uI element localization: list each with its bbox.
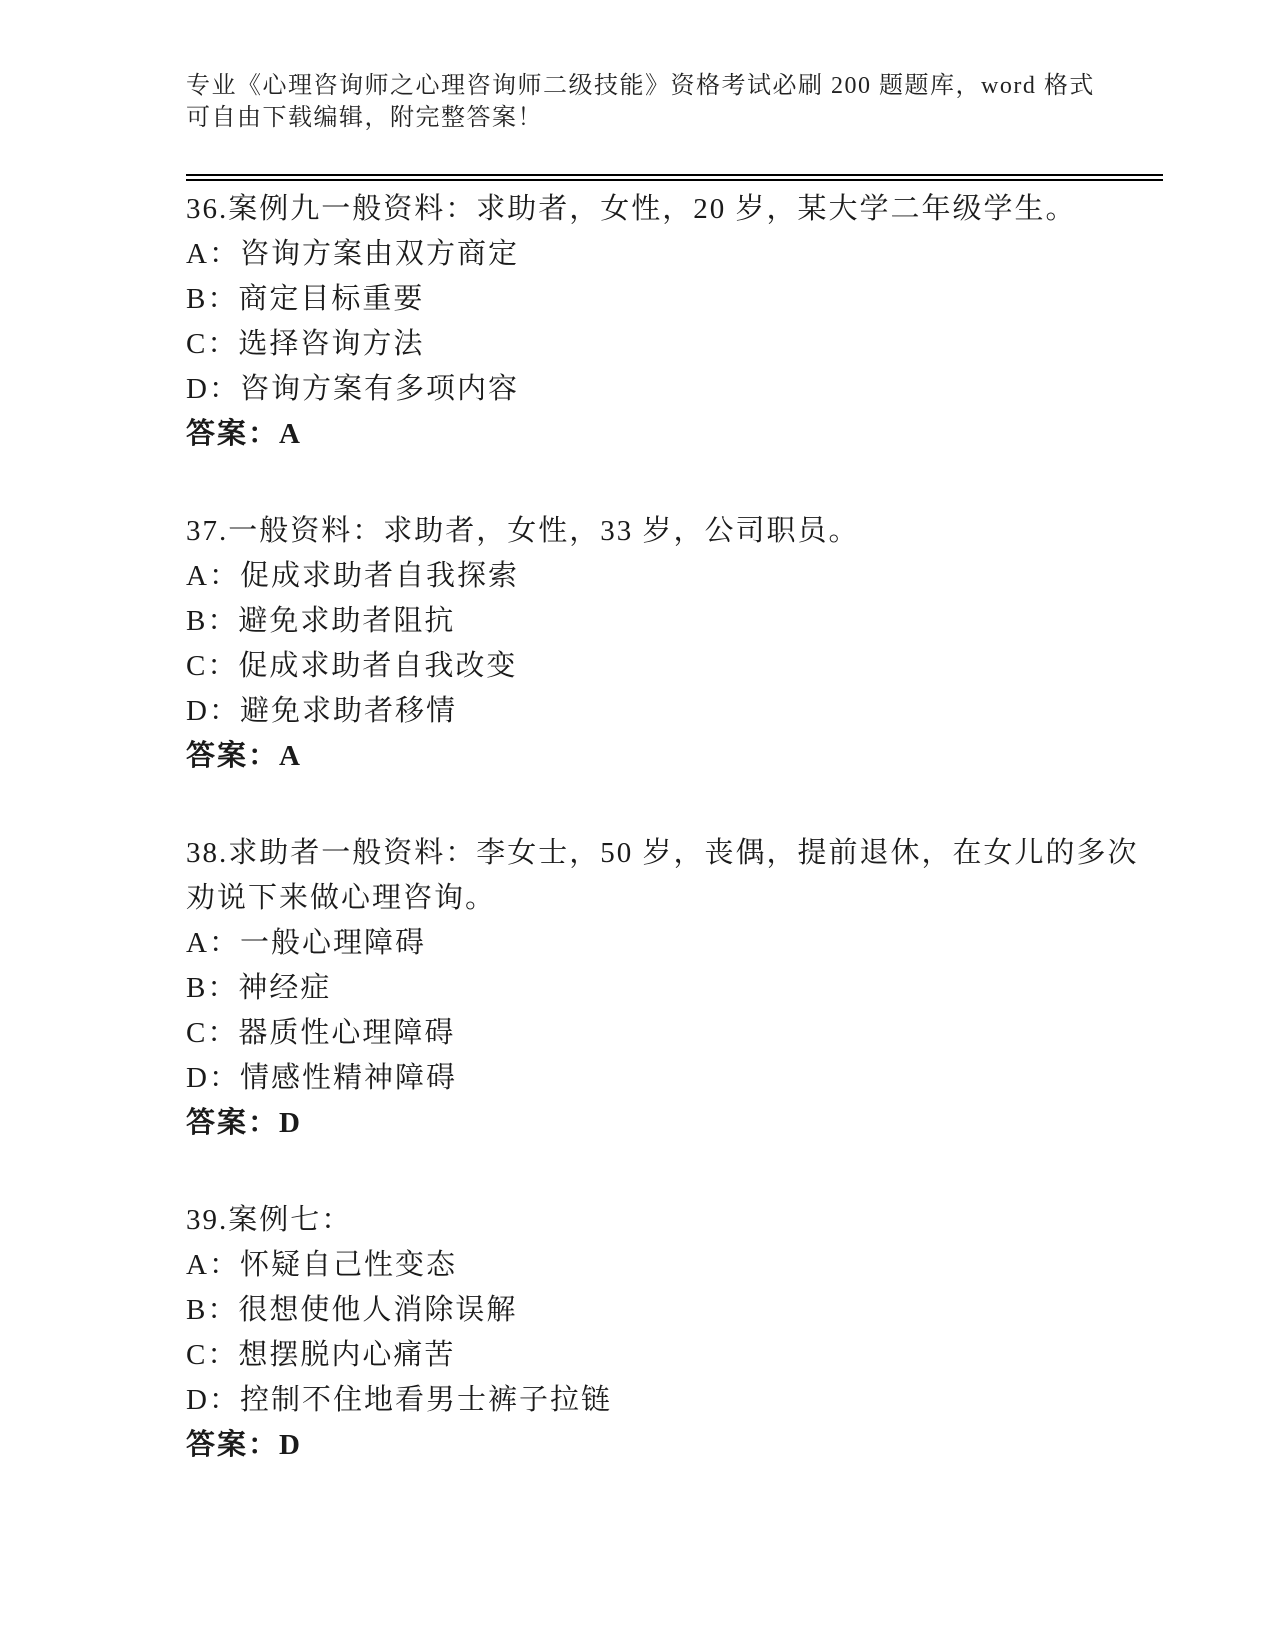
option-a: A：怀疑自己性变态 <box>186 1243 1163 1288</box>
page-header: 专业《心理咨询师之心理咨询师二级技能》资格考试必刷 200 题题库，word 格… <box>186 70 1163 134</box>
option-b: B：商定目标重要 <box>186 277 1163 322</box>
option-c: C：器质性心理障碍 <box>186 1011 1163 1056</box>
question-block-37: 37.一般资料：求助者，女性，33 岁，公司职员。 A：促成求助者自我探索 B：… <box>186 509 1163 779</box>
option-c: C：选择咨询方法 <box>186 322 1163 367</box>
header-line: 专业《心理咨询师之心理咨询师二级技能》资格考试必刷 200 题题库，word 格… <box>186 70 1163 102</box>
question-stem-line: 38.求助者一般资料：李女士，50 岁，丧偶，提前退休，在女儿的多次 <box>186 831 1163 876</box>
answer-value: D <box>279 1429 302 1461</box>
question-stem-line: 39.案例七： <box>186 1198 1163 1243</box>
question-block-39: 39.案例七： A：怀疑自己性变态 B：很想使他人消除误解 C：想摆脱内心痛苦 … <box>186 1198 1163 1468</box>
document-page: 专业《心理咨询师之心理咨询师二级技能》资格考试必刷 200 题题库，word 格… <box>0 0 1275 1650</box>
answer-label: 答案： <box>186 740 279 772</box>
option-b: B：避免求助者阻抗 <box>186 599 1163 644</box>
option-a: A：一般心理障碍 <box>186 921 1163 966</box>
answer-label: 答案： <box>186 1107 279 1139</box>
answer-value: A <box>279 740 302 772</box>
option-a: A：咨询方案由双方商定 <box>186 232 1163 277</box>
option-d: D：咨询方案有多项内容 <box>186 367 1163 412</box>
option-c: C：想摆脱内心痛苦 <box>186 1333 1163 1378</box>
answer-line: 答案：D <box>186 1423 1163 1468</box>
question-block-36: 36.案例九一般资料：求助者，女性，20 岁，某大学二年级学生。 A：咨询方案由… <box>186 187 1163 457</box>
option-d: D：避免求助者移情 <box>186 689 1163 734</box>
answer-line: 答案：D <box>186 1101 1163 1146</box>
option-b: B：神经症 <box>186 966 1163 1011</box>
question-stem-line: 37.一般资料：求助者，女性，33 岁，公司职员。 <box>186 509 1163 554</box>
answer-label: 答案： <box>186 418 279 450</box>
question-stem-line: 36.案例九一般资料：求助者，女性，20 岁，某大学二年级学生。 <box>186 187 1163 232</box>
answer-line: 答案：A <box>186 734 1163 779</box>
option-d: D：控制不住地看男士裤子拉链 <box>186 1378 1163 1423</box>
header-divider-line <box>186 174 1163 181</box>
header-line: 可自由下载编辑，附完整答案！ <box>186 102 1163 134</box>
option-b: B：很想使他人消除误解 <box>186 1288 1163 1333</box>
answer-value: D <box>279 1107 302 1139</box>
question-block-38: 38.求助者一般资料：李女士，50 岁，丧偶，提前退休，在女儿的多次 劝说下来做… <box>186 831 1163 1146</box>
answer-line: 答案：A <box>186 412 1163 457</box>
option-a: A：促成求助者自我探索 <box>186 554 1163 599</box>
answer-label: 答案： <box>186 1429 279 1461</box>
question-stem-line: 劝说下来做心理咨询。 <box>186 876 1163 921</box>
document-body: 36.案例九一般资料：求助者，女性，20 岁，某大学二年级学生。 A：咨询方案由… <box>186 187 1163 1468</box>
option-d: D：情感性精神障碍 <box>186 1056 1163 1101</box>
answer-value: A <box>279 418 302 450</box>
option-c: C：促成求助者自我改变 <box>186 644 1163 689</box>
